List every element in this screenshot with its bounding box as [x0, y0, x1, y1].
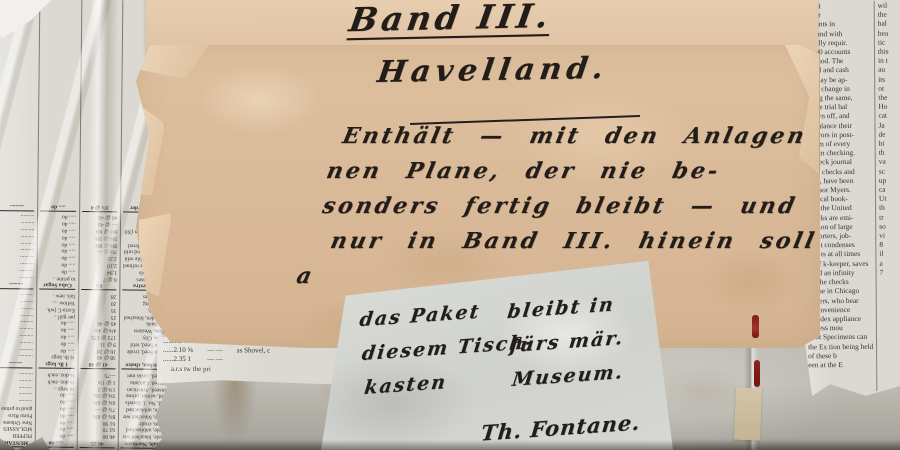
price-line: 5¼ @ 5½ — [82, 234, 118, 241]
folded-corner-flap — [138, 45, 209, 79]
handwriting-line: Enthält — mit den Anlagen — [338, 123, 823, 158]
article-line: Ut — [879, 194, 897, 203]
archival-document-photo: Whale, NorthernWhale, bleached wtrWhale,… — [0, 0, 900, 450]
price-line: ..... do — [39, 340, 75, 347]
price-line: .......... — [0, 298, 34, 305]
article-line: wil — [878, 1, 896, 10]
article-line: Ho — [878, 102, 896, 111]
price-line: ..... do — [39, 326, 75, 333]
price-column-figures: 46 2546 0063 7061 908¾ @ 8⅞7¼ @ —6¾ @ 6⅞… — [77, 0, 120, 450]
price-line: 3⅞ @ 4 — [82, 203, 118, 212]
price-line: 1 lb. kegs — [39, 360, 75, 369]
article-line: bi — [879, 139, 897, 148]
price-line: .......... — [0, 377, 33, 384]
article-line: tr — [879, 212, 897, 221]
article-line: va — [879, 157, 897, 166]
price-line: .......... — [0, 260, 34, 267]
article-line: bal — [878, 19, 896, 28]
price-line: good to prime — [0, 404, 33, 411]
price-line: 1⅞ @ 2 — [80, 385, 116, 392]
price-line: 9 @ 11 — [81, 340, 117, 347]
price-line: 41 @ 48 — [80, 360, 116, 369]
price-line: — @ 43 — [82, 220, 118, 227]
note-right-column: bleibt infürs mär.Museum. — [506, 293, 627, 403]
price-line: .......... — [0, 391, 33, 398]
price-line: 8½ @ 8¾ — [82, 241, 118, 248]
strip-numbers: ......1.94 ⅞......2.10 ⅝......2.35 1 — [163, 337, 193, 381]
price-line: .......... — [0, 332, 33, 339]
price-line: 35 — [81, 306, 117, 313]
price-line: 173 @ 175 — [81, 333, 117, 340]
price-line: ..... do — [40, 240, 76, 247]
price-line: .......... — [0, 360, 33, 369]
article-line: the — [878, 10, 896, 19]
article-line: th — [879, 203, 897, 212]
price-line: fair, new . — [40, 292, 76, 299]
article-line: in t — [878, 56, 896, 65]
price-line: ..... do — [38, 418, 74, 425]
price-line: ½ doz. each — [39, 378, 75, 385]
price-line: ..... do — [39, 398, 75, 405]
article-line: 8 — [879, 240, 897, 249]
price-line: .......... — [0, 281, 34, 290]
price-line: Extra C (wh. — [40, 306, 76, 313]
article-line: tic — [878, 37, 896, 46]
price-line: ..... do — [39, 346, 75, 353]
price-line: ..... do — [39, 391, 75, 398]
red-seal-mark — [754, 360, 760, 387]
price-line: ..... do — [40, 254, 76, 261]
price-line: ..... do — [40, 268, 76, 275]
price-line: 1 @ 1⅛ — [80, 378, 116, 385]
price-line: 5⅝ @ 5¾ — [80, 392, 116, 399]
volume-title-handwriting: Band III. — [347, 0, 555, 39]
article-line: een at the E — [808, 360, 874, 370]
price-line: ..... do — [38, 425, 74, 432]
price-line: .......... — [0, 240, 34, 247]
price-line: 1.94 — [81, 268, 117, 275]
article-line: bea — [878, 28, 896, 37]
price-line: .......... — [0, 233, 34, 240]
article-line: sc — [879, 166, 897, 175]
price-line: 45 @ 48 — [81, 320, 117, 327]
price-line: .......... — [0, 220, 34, 227]
price-line: ¼ doz. each — [39, 371, 75, 378]
article-line: th — [879, 148, 897, 157]
price-line: MOLASSES — [0, 425, 32, 432]
article-line: its — [878, 74, 896, 83]
handwritten-content-note: Enthält — mit den Anlagennen Plane, der … — [136, 123, 820, 298]
strip-extra-fragment: a.r.s tw the pri — [171, 365, 211, 373]
price-line: 28 — [81, 292, 117, 299]
price-line: 6½ @ 6¾ — [82, 227, 118, 234]
price-column-inner: MUSTARDPEPPERMOLASSESNew OrleansPorto Ri… — [0, 0, 37, 449]
price-line: .......... — [0, 312, 34, 319]
price-line: 25 — [81, 313, 117, 320]
price-line: .......... — [0, 384, 33, 391]
article-line: au — [878, 65, 896, 74]
price-line: .......... — [0, 326, 33, 333]
price-line: ..... do — [38, 412, 74, 419]
price-line: ..... do — [40, 227, 76, 234]
section-title-handwriting: Havelland. — [375, 51, 610, 90]
article-line: 7 — [880, 268, 898, 277]
price-line: — — — [207, 355, 223, 364]
price-line: 16 @ 28 — [81, 347, 117, 354]
price-line: ......2.35 1 — [163, 355, 193, 364]
price-line: in kegs .. — [39, 384, 75, 391]
price-line: ..... do — [40, 261, 76, 268]
price-line: 63 70 — [80, 426, 116, 433]
article-line: so — [879, 222, 897, 231]
article-line: ca — [879, 185, 897, 194]
price-line: Yellow .... — [40, 299, 76, 306]
article-line: ot — [878, 84, 896, 93]
price-line: 4⅛ @ 4¾ — [81, 326, 117, 333]
red-seal-mark — [752, 315, 759, 338]
price-line: ......2.10 ⅝ — [163, 346, 193, 355]
price-line: — — — [207, 346, 223, 355]
price-line: 7¼ @ — — [80, 405, 116, 412]
price-line: ..... do — [41, 202, 77, 211]
price-line: ..... do — [40, 213, 76, 220]
price-line: per gall .. — [39, 312, 75, 319]
price-line: 7½ @ — — [82, 248, 118, 255]
price-line: ..... do — [39, 333, 75, 340]
handwriting-line: nen Plane, der nie be- — [322, 158, 823, 193]
price-line: 8¾ @ 8⅞ — [80, 412, 116, 419]
price-line: as Shovel, c — [237, 346, 272, 355]
price-line: ..... do — [40, 234, 76, 241]
torn-edge-column: wilthebalbeaticthisin tauitsottheHocatJa… — [878, 1, 899, 391]
price-line: ..... do — [40, 247, 76, 254]
article-line: vi — [879, 231, 897, 240]
price-line: .......... — [0, 254, 34, 261]
price-line: ..... do — [39, 319, 75, 326]
price-line: ..... do — [40, 220, 76, 227]
price-line: .......... — [0, 247, 34, 254]
price-line: 2.10 — [81, 261, 117, 268]
price-line: .......... — [0, 370, 33, 377]
article-line: a — [879, 258, 897, 267]
price-line: Linseed, American — [122, 385, 170, 392]
price-line: .......... — [0, 339, 33, 346]
price-line: 40 @ 43 — [82, 214, 118, 221]
price-line: .......... — [0, 319, 33, 326]
handwriting-line: sonders fertig bleibt — und — [318, 193, 823, 228]
article-line: cat — [878, 111, 896, 120]
article-line: il — [879, 249, 897, 258]
price-line: 61 90 — [80, 419, 116, 426]
bottom-edge-shadow — [0, 440, 900, 450]
price-line: .......... — [0, 202, 35, 211]
price-line: 8¼ — [81, 282, 117, 291]
price-line: 6¾ @ 6⅞ — [80, 398, 116, 405]
tape-fragment — [734, 388, 762, 441]
price-line: Cuba Sugar — [40, 281, 76, 290]
price-line: .......... — [0, 267, 34, 274]
price-line: ½ lb. kegs — [39, 353, 75, 360]
price-line: New Orleans — [0, 418, 32, 425]
price-column-leaders: ..... do..... do..... do..... do..... do… — [35, 0, 78, 450]
price-line: 20 — [81, 299, 117, 306]
price-line: .......... — [0, 226, 34, 233]
article-line: the Ex tion being held — [808, 341, 874, 351]
article-line: Ja — [878, 120, 896, 129]
handwriting-line: nur in Band III. hinein soll — [326, 228, 823, 263]
price-line: ..... do — [38, 405, 74, 412]
article-line: this — [878, 47, 896, 56]
price-line: Lard, winter, prime — [121, 392, 169, 399]
price-line: .......... — [0, 213, 35, 220]
price-line: 38 @ 40 — [80, 354, 116, 361]
price-line: 2.35 — [81, 254, 117, 261]
article-line: de — [879, 130, 897, 139]
article-line: of these b — [808, 351, 874, 361]
handwriting-line: Museum. — [509, 361, 628, 403]
price-line: .......... — [0, 305, 34, 312]
article-line: the — [878, 93, 896, 102]
price-line: .......... — [0, 292, 34, 299]
price-line: .......... — [0, 346, 33, 353]
article-line: up — [879, 176, 897, 185]
